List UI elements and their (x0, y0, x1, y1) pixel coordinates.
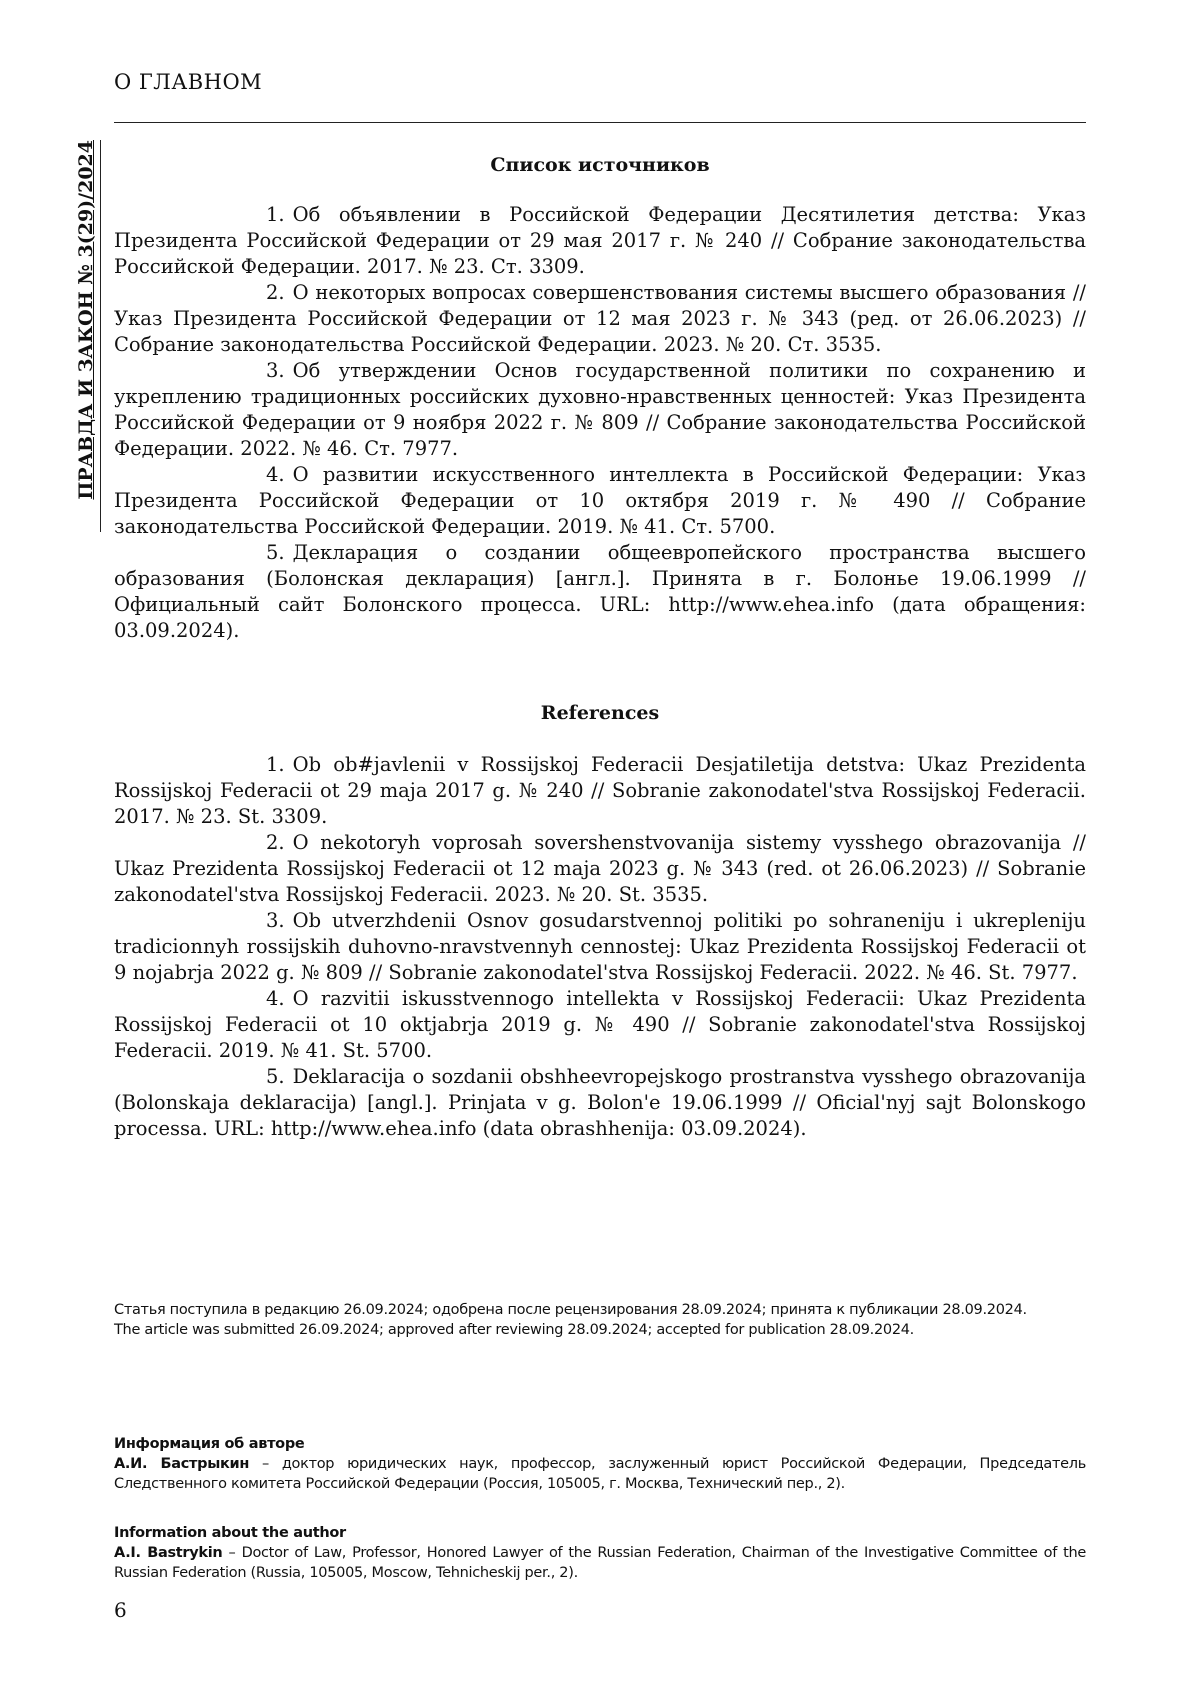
reference-item: 5.Deklaracija o sozdanii obshheevropejsk… (114, 1064, 1086, 1142)
sources-heading: Список источников (114, 152, 1086, 178)
author-info-title-en: Information about the author (114, 1523, 1086, 1543)
journal-sidebar-title: ПРАВДА И ЗАКОН № 3(29)/2024 (72, 140, 100, 532)
article-dates: Статья поступила в редакцию 26.09.2024; … (114, 1300, 1086, 1340)
author-name-en: A.I. Bastrykin (114, 1545, 222, 1561)
item-number: 1. (190, 202, 285, 228)
author-description-en: – Doctor of Law, Professor, Honored Lawy… (114, 1545, 1086, 1581)
source-item: 3.Об утверждении Основ государственной п… (114, 358, 1086, 462)
item-number: 3. (190, 358, 285, 384)
item-number: 4. (190, 462, 285, 488)
item-number: 1. (190, 752, 285, 778)
references-section-en: References 1.Ob ob#javlenii v Rossijskoj… (114, 700, 1086, 1142)
source-item: 4.О развитии искусственного интеллекта в… (114, 462, 1086, 540)
item-number: 4. (190, 986, 285, 1012)
item-number: 3. (190, 908, 285, 934)
journal-sidebar: ПРАВДА И ЗАКОН № 3(29)/2024 (72, 140, 101, 532)
reference-item: 4.O razvitii iskusstvennogo intellekta v… (114, 986, 1086, 1064)
item-number: 2. (190, 830, 285, 856)
author-name-ru: А.И. Бастрыкин (114, 1456, 249, 1472)
page-number: 6 (114, 1598, 127, 1622)
reference-item: 3.Ob utverzhdenii Osnov gosudarstvennoj … (114, 908, 1086, 986)
item-number: 5. (190, 540, 285, 566)
article-dates-ru: Статья поступила в редакцию 26.09.2024; … (114, 1300, 1086, 1320)
author-info-en: Information about the author A.I. Bastry… (114, 1523, 1086, 1583)
source-item: 1.Об объявлении в Российской Федерации Д… (114, 202, 1086, 280)
author-info-ru: Информация об авторе А.И. Бастрыкин – до… (114, 1434, 1086, 1494)
item-number: 5. (190, 1064, 285, 1090)
sources-list-ru: 1.Об объявлении в Российской Федерации Д… (114, 202, 1086, 644)
section-header: О ГЛАВНОМ (114, 70, 262, 94)
reference-item: 1.Ob ob#javlenii v Rossijskoj Federacii … (114, 752, 1086, 830)
item-number: 2. (190, 280, 285, 306)
author-info-title-ru: Информация об авторе (114, 1434, 1086, 1454)
reference-item: 2.O nekotoryh voprosah sovershenstvovani… (114, 830, 1086, 908)
sources-section-ru: Список источников 1.Об объявлении в Росс… (114, 152, 1086, 644)
source-item: 2.О некоторых вопросах совершенствования… (114, 280, 1086, 358)
article-dates-en: The article was submitted 26.09.2024; ap… (114, 1320, 1086, 1340)
header-divider (114, 122, 1086, 123)
author-description-ru: – доктор юридических наук, профессор, за… (114, 1456, 1086, 1492)
references-heading: References (114, 700, 1086, 726)
source-item: 5.Декларация о создании общеевропейского… (114, 540, 1086, 644)
references-list-en: 1.Ob ob#javlenii v Rossijskoj Federacii … (114, 752, 1086, 1142)
